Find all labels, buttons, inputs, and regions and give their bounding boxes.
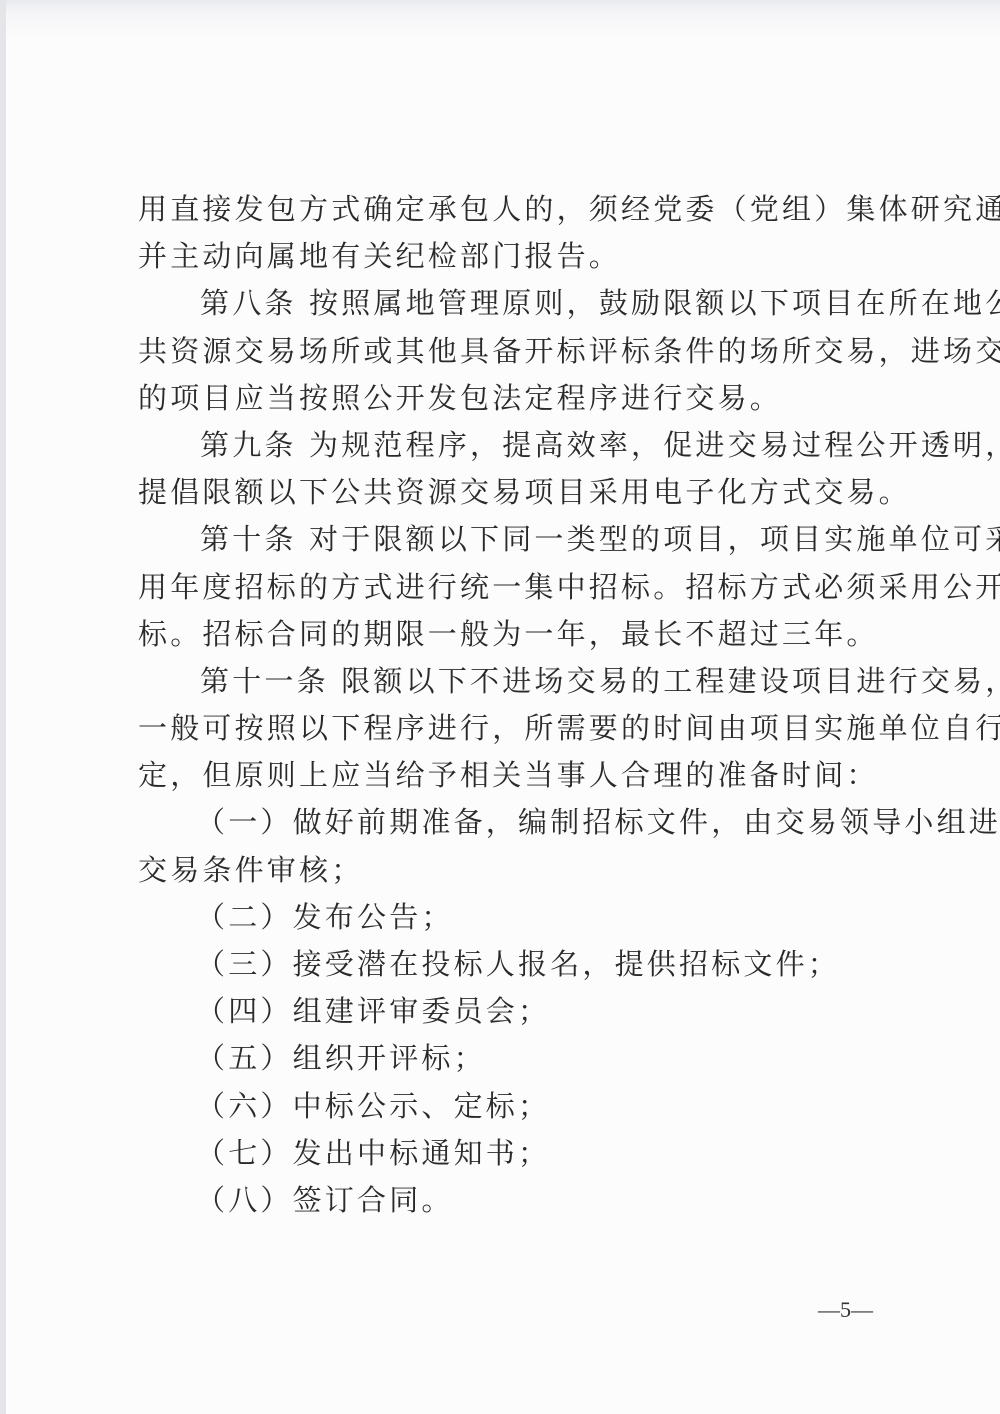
document-body: 用直接发包方式确定承包人的，须经党委（党组）集体研究通过， 并主动向属地有关纪检… xyxy=(138,186,883,1224)
text-line: 提倡限额以下公共资源交易项目采用电子化方式交易。 xyxy=(138,469,883,516)
list-item-6: （六）中标公示、定标； xyxy=(138,1083,883,1130)
list-item-7: （七）发出中标通知书； xyxy=(138,1130,883,1177)
text-line: 用直接发包方式确定承包人的，须经党委（党组）集体研究通过， xyxy=(138,186,883,233)
list-item-4: （四）组建评审委员会； xyxy=(138,988,883,1035)
text-line: 一般可按照以下程序进行，所需要的时间由项目实施单位自行确 xyxy=(138,705,883,752)
article-9: 第九条 为规范程序，提高效率，促进交易过程公开透明， xyxy=(138,422,883,469)
page-number: —5— xyxy=(818,1297,873,1323)
text-line: 交易条件审核； xyxy=(138,847,883,894)
list-item-8: （八）签订合同。 xyxy=(138,1177,883,1224)
list-item-1: （一）做好前期准备，编制招标文件，由交易领导小组进行 xyxy=(138,799,883,846)
list-item-2: （二）发布公告； xyxy=(138,894,883,941)
text-line: 定，但原则上应当给予相关当事人合理的准备时间： xyxy=(138,752,883,799)
list-item-3: （三）接受潜在投标人报名，提供招标文件； xyxy=(138,941,883,988)
list-item-5: （五）组织开评标； xyxy=(138,1035,883,1082)
article-11: 第十一条 限额以下不进场交易的工程建设项目进行交易， xyxy=(138,658,883,705)
text-line: 并主动向属地有关纪检部门报告。 xyxy=(138,233,883,280)
text-line: 用年度招标的方式进行统一集中招标。招标方式必须采用公开招 xyxy=(138,564,883,611)
text-line: 的项目应当按照公开发包法定程序进行交易。 xyxy=(138,375,883,422)
document-page: 用直接发包方式确定承包人的，须经党委（党组）集体研究通过， 并主动向属地有关纪检… xyxy=(0,0,1000,1414)
scan-edge xyxy=(0,0,6,1414)
text-line: 标。招标合同的期限一般为一年，最长不超过三年。 xyxy=(138,611,883,658)
article-10: 第十条 对于限额以下同一类型的项目，项目实施单位可采 xyxy=(138,516,883,563)
article-8: 第八条 按照属地管理原则，鼓励限额以下项目在所在地公 xyxy=(138,280,883,327)
text-line: 共资源交易场所或其他具备开标评标条件的场所交易，进场交易 xyxy=(138,328,883,375)
